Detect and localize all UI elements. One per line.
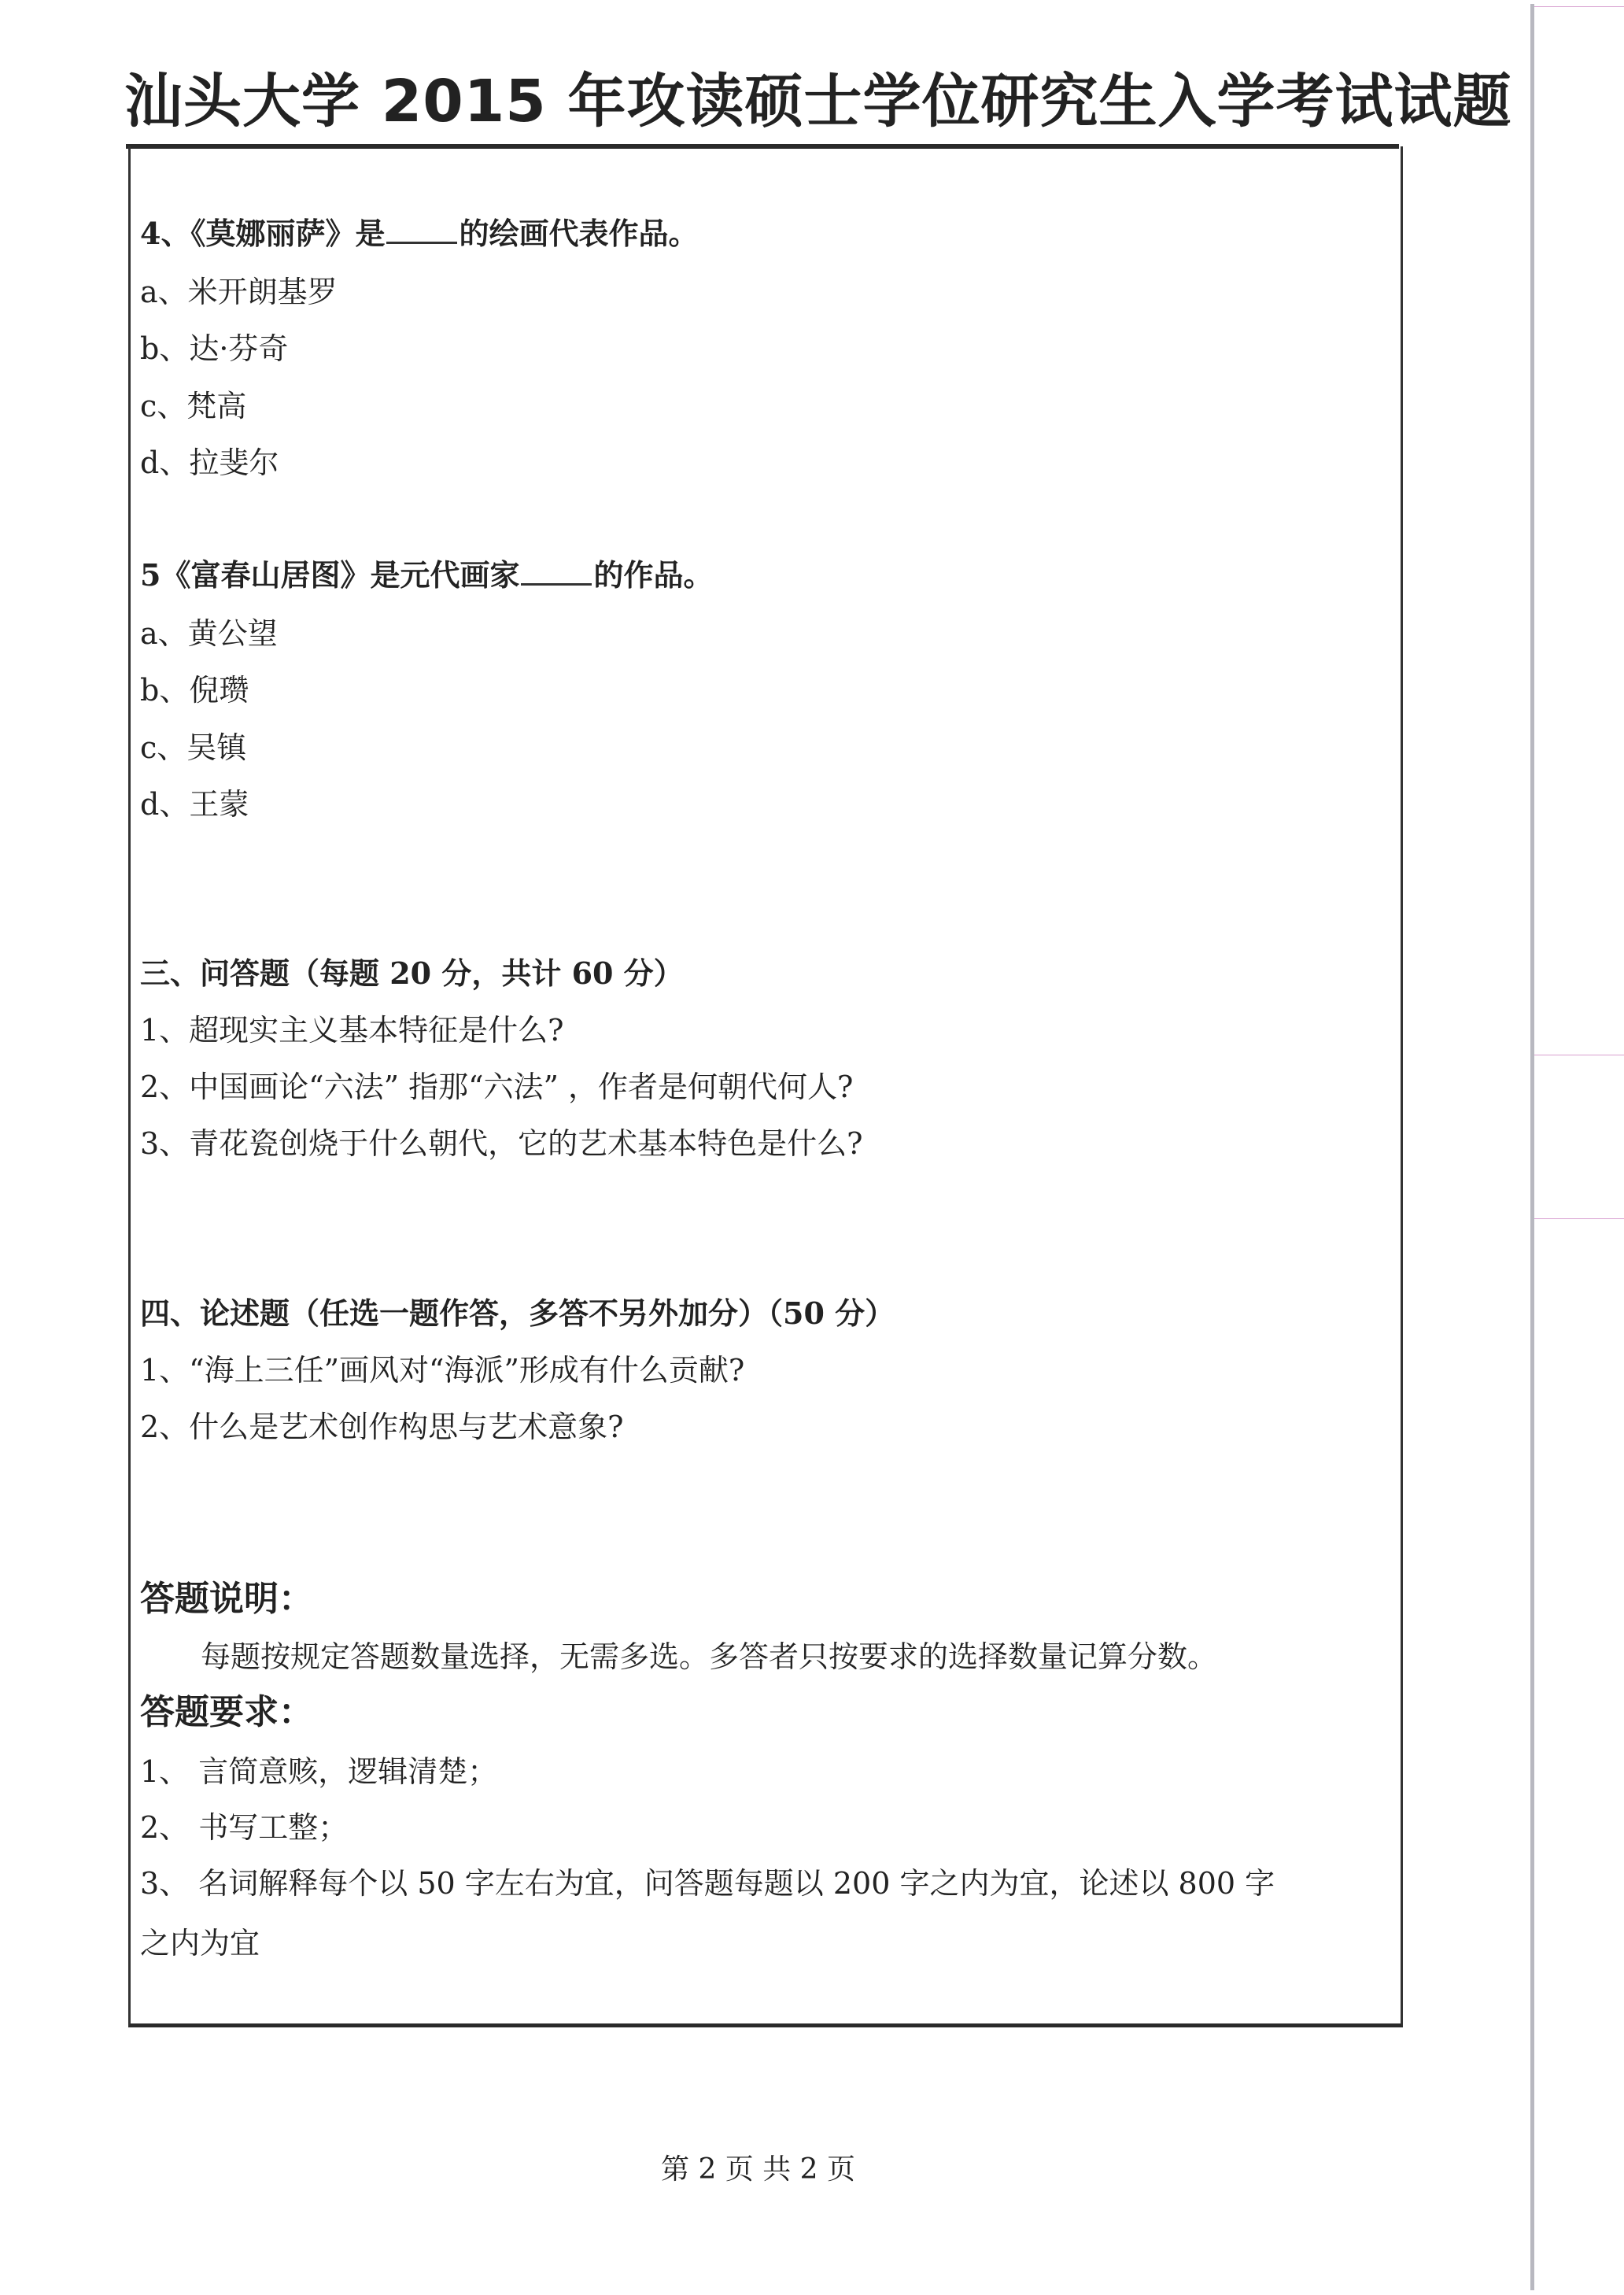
option-text: 王蒙 [189,787,249,822]
option-label: b、 [140,331,189,366]
requirement-1: 1、 言简意赅，逻辑清楚； [140,1757,497,1787]
page-indicator: 第 2 页 共 2 页 [661,2147,855,2187]
section-three-question-2: 2、中国画论“六法” 指那“六法” ，作者是何朝代何人? [140,1072,853,1102]
scan-edge [1530,4,1534,2290]
instructions-text: 每题按规定答题数量选择，无需多选。多答者只按要求的选择数量记算分数。 [201,1642,1217,1672]
scan-mark [1534,1055,1624,1055]
option-text: 吴镇 [186,730,246,765]
answer-blank [386,241,457,244]
scan-mark [1534,6,1624,7]
question-4-suffix: 的绘画代表作品。 [459,216,698,251]
option-4a: a、米开朗基罗 [140,277,338,307]
option-4b: b、达·芬奇 [140,334,288,364]
answer-blank [521,582,592,586]
question-5-prefix: 5《富春山居图》是元代画家 [140,557,519,593]
option-label: a、 [140,616,188,651]
scan-mark [1534,1218,1624,1219]
option-5b: b、倪瓒 [140,675,249,705]
option-text: 梵高 [186,389,246,423]
requirement-3: 3、 名词解释每个以 50 字左右为宜，问答题每题以 200 字之内为宜，论述以… [140,1868,1275,1898]
option-text: 黄公望 [188,616,278,651]
option-text: 米开朗基罗 [188,275,338,309]
requirements-heading: 答题要求： [140,1695,313,1730]
section-three-question-3: 3、青花瓷创烧于什么朝代，它的艺术基本特色是什么? [140,1129,863,1159]
option-label: a、 [140,275,188,309]
option-label: b、 [140,673,189,708]
section-four-heading: 四、论述题（任选一题作答，多答不另外加分）（50 分） [140,1299,895,1329]
section-three-question-1: 1、超现实主义基本特征是什么? [140,1015,564,1045]
option-label: c、 [140,389,186,423]
page-title: 汕头大学 2015 年攻读硕士学位研究生入学考试试题 [124,72,1383,131]
instructions-heading: 答题说明： [140,1582,313,1617]
requirement-2: 2、 书写工整； [140,1813,348,1842]
option-4d: d、拉斐尔 [140,448,279,478]
option-5d: d、王蒙 [140,789,249,819]
question-4: 4、《莫娜丽萨》是的绘画代表作品。 [140,219,698,249]
option-text: 拉斐尔 [189,445,279,480]
option-label: d、 [140,787,189,822]
question-5-suffix: 的作品。 [593,557,713,593]
question-5: 5《富春山居图》是元代画家的作品。 [140,560,713,590]
question-4-prefix: 4、《莫娜丽萨》是 [140,216,385,251]
option-label: c、 [140,730,186,765]
section-four-question-1: 1、“海上三任”画风对“海派”形成有什么贡献? [140,1355,744,1385]
section-four-question-2: 2、什么是艺术创作构思与艺术意象? [140,1412,624,1442]
option-label: d、 [140,445,189,480]
requirement-3-continued: 之内为宜 [140,1928,260,1958]
option-5c: c、吴镇 [140,733,246,763]
option-4c: c、梵高 [140,391,246,421]
option-5a: a、黄公望 [140,619,278,649]
section-three-heading: 三、问答题（每题 20 分，共计 60 分） [140,959,684,989]
option-text: 达·芬奇 [189,331,288,366]
option-text: 倪瓒 [189,673,249,708]
